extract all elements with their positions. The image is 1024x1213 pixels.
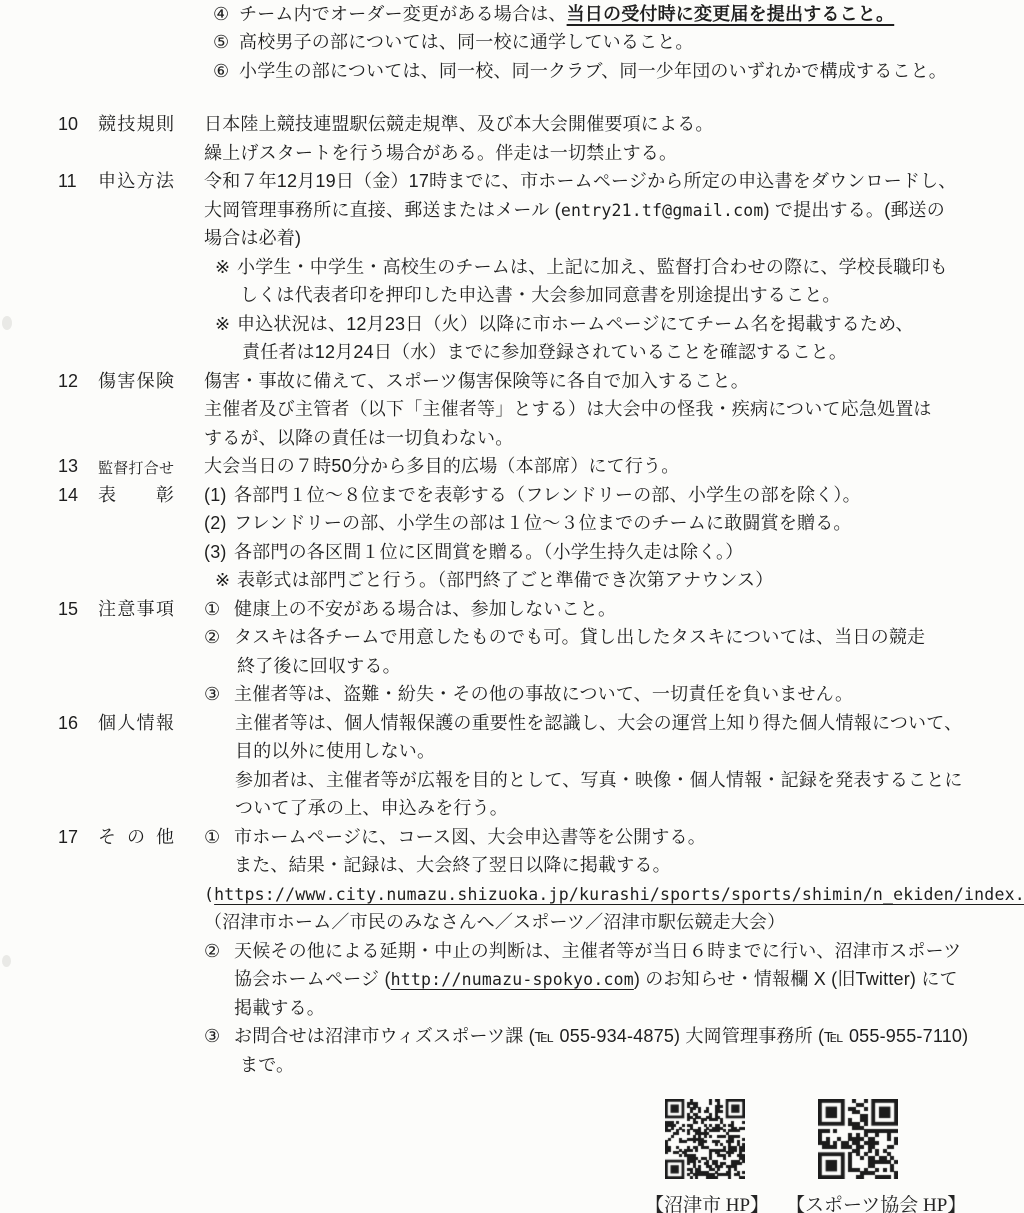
section-17-item2-cont: 協会ホームページ (http://numazu-spokyo.com) のお知ら…	[234, 968, 958, 991]
circled-4-marker: ④	[213, 3, 239, 26]
section-17-item2b-pre: 協会ホームページ (	[234, 969, 391, 989]
sports-association-url: http://numazu-spokyo.com	[391, 970, 634, 989]
section-17-item2-cont2: 掲載する。	[234, 997, 325, 1020]
circled-5-marker: ⑤	[213, 31, 239, 54]
qr-label-sports-association: 【スポーツ協会 HP】	[786, 1190, 936, 1213]
section-15-item1: ①健康上の不安がある場合は、参加しないこと。	[204, 598, 616, 621]
section-11-number: 11	[58, 170, 77, 193]
section-15-item3: ③主催者等は、盗難・紛失・その他の事故について、一切責任を負いません。	[204, 683, 853, 706]
section-17-item2: ②天候その他による延期・中止の判断は、主催者等が当日６時までに行い、沼津市スポー…	[204, 940, 961, 963]
circled-2-marker: ②	[204, 940, 234, 963]
section-16-line1: 主催者等は、個人情報保護の重要性を認識し、大会の運営上知り得た個人情報について、	[235, 712, 962, 735]
section-17-number: 17	[58, 826, 78, 849]
section-16-number: 16	[58, 712, 78, 735]
section-14-note-text: 表彰式は部門ごと行う。（部門終了ごと準備でき次第アナウンス）	[237, 570, 773, 590]
circled-1-marker: ①	[204, 598, 234, 621]
city-hp-url: https://www.city.numazu.shizuoka.jp/kura…	[214, 885, 1024, 904]
section-14-item1-text: 各部門１位～８位までを表彰する（フレンドリーの部、小学生の部を除く）。	[234, 485, 861, 505]
section-11-note1-text: 小学生・中学生・高校生のチームは、上記に加え、監督打合わせの際に、学校長職印も	[237, 257, 948, 277]
section-16-line4: ついて了承の上、申込みを行う。	[235, 797, 508, 820]
section-14-item3-text: 各部門の各区間１位に区間賞を贈る。（小学生持久走は除く。）	[234, 542, 743, 562]
section-15-item2: ②タスキは各チームで用意したものでも可。貸し出したタスキについては、当日の競走	[204, 626, 925, 649]
section-14-item2-text: フレンドリーの部、小学生の部は１位～３位までのチームに敢闘賞を贈る。	[234, 513, 852, 533]
section-11-note1-cont: しくは代表者印を押印した申込書・大会参加同意書を別途提出すること。	[240, 284, 841, 307]
section-15-title: 注意事項	[98, 598, 174, 621]
section-17-item2-text: 天候その他による延期・中止の判断は、主催者等が当日６時までに行い、沼津市スポーツ	[234, 941, 961, 961]
section-17-item3-cont: まで。	[240, 1054, 294, 1077]
section-11-note2-text: 申込状況は、12月23日（火）以降に市ホームページにてチーム名を掲載するため、	[237, 314, 914, 334]
section-10-number: 10	[58, 113, 78, 136]
paren-open: (	[204, 885, 214, 904]
intro-item-4-emphasis: 当日の受付時に変更届を提出すること。	[567, 4, 895, 24]
section-17-title: その他	[98, 826, 174, 849]
note-marker: ※	[215, 313, 237, 336]
section-17-item1: ①市ホームページに、コース図、大会申込書等を公開する。	[204, 826, 706, 849]
section-17-item3: ③お問合せは沼津市ウィズスポーツ課 (℡ 055-934-4875) 大岡管理事…	[204, 1025, 968, 1048]
section-12-title: 傷害保険	[98, 370, 174, 393]
section-11-line1: 令和７年12月19日（金）17時までに、市ホームページから所定の申込書をダウンロ…	[204, 170, 957, 193]
section-14-title: 表彰	[98, 484, 174, 507]
scanned-document-page: ④チーム内でオーダー変更がある場合は、当日の受付時に変更届を提出すること。 ⑤高…	[0, 0, 1024, 1213]
circled-6-marker: ⑥	[213, 60, 239, 83]
scan-artifact	[2, 955, 11, 967]
section-11-line2: 大岡管理事務所に直接、郵送またはメール (entry21.tf@gmail.co…	[204, 199, 945, 222]
circled-2-marker: ②	[204, 626, 234, 649]
section-10-title: 競技規則	[98, 113, 174, 136]
section-15-item2-text: タスキは各チームで用意したものでも可。貸し出したタスキについては、当日の競走	[234, 627, 925, 647]
section-12-line2: 主催者及び主管者（以下「主催者等」とする）は大会中の怪我・疾病について応急処置は	[204, 398, 932, 421]
circled-3-marker: ③	[204, 683, 234, 706]
section-12-number: 12	[58, 370, 78, 393]
qr-code-sports-association	[818, 1099, 898, 1179]
section-11-line2-pre: 大岡管理事務所に直接、郵送またはメール (	[204, 200, 561, 220]
section-14-number: 14	[58, 484, 78, 507]
section-17-item1-text: 市ホームページに、コース図、大会申込書等を公開する。	[234, 827, 706, 847]
paren-3-marker: (3)	[204, 541, 234, 564]
section-12-line3: するが、以降の責任は一切負わない。	[204, 427, 513, 450]
section-10-line2: 繰上げスタートを行う場合がある。伴走は一切禁止する。	[204, 142, 677, 165]
section-17-sitepath: （沼津市ホーム／市民のみなさんへ／スポーツ／沼津市駅伝競走大会）	[204, 911, 785, 934]
intro-item-6-text: 小学生の部については、同一校、同一クラブ、同一少年団のいずれかで構成すること。	[239, 61, 947, 81]
section-10-line1: 日本陸上競技連盟駅伝競走規準、及び本大会開催要項による。	[204, 113, 714, 136]
section-15-item2-cont: 終了後に回収する。	[237, 655, 401, 678]
section-17-item2b-post: ) のお知らせ・情報欄 X (旧Twitter) にて	[634, 969, 958, 989]
intro-item-4-text: チーム内でオーダー変更がある場合は、	[239, 4, 567, 24]
qr-label-numazu-city: 【沼津市 HP】	[645, 1190, 765, 1213]
section-17-item3-text: お問合せは沼津市ウィズスポーツ課 (℡ 055-934-4875) 大岡管理事務…	[234, 1026, 968, 1046]
section-14-item1: (1)各部門１位～８位までを表彰する（フレンドリーの部、小学生の部を除く）。	[204, 484, 861, 507]
section-11-note2-cont: 責任者は12月24日（水）までに参加登録されていることを確認すること。	[242, 341, 847, 364]
paren-1-marker: (1)	[204, 484, 234, 507]
section-15-number: 15	[58, 598, 78, 621]
section-11-note2: ※申込状況は、12月23日（火）以降に市ホームページにてチーム名を掲載するため、	[215, 313, 914, 336]
intro-item-4: ④チーム内でオーダー変更がある場合は、当日の受付時に変更届を提出すること。	[213, 3, 894, 26]
section-15-item1-text: 健康上の不安がある場合は、参加しないこと。	[234, 599, 616, 619]
section-11-note1: ※小学生・中学生・高校生のチームは、上記に加え、監督打合わせの際に、学校長職印も	[215, 256, 948, 279]
email-address: entry21.tf@gmail.com	[561, 201, 764, 220]
section-17-item1-cont: また、結果・記録は、大会終了翌日以降に掲載する。	[234, 854, 671, 877]
scan-artifact	[2, 316, 12, 330]
circled-1-marker: ①	[204, 826, 234, 849]
section-11-title: 申込方法	[98, 170, 174, 193]
intro-item-5-text: 高校男子の部については、同一校に通学していること。	[239, 32, 694, 52]
section-16-title: 個人情報	[98, 712, 174, 735]
paren-2-marker: (2)	[204, 512, 234, 535]
section-14-item2: (2)フレンドリーの部、小学生の部は１位～３位までのチームに敢闘賞を贈る。	[204, 512, 852, 535]
section-15-item3-text: 主催者等は、盗難・紛失・その他の事故について、一切責任を負いません。	[234, 684, 853, 704]
section-11-line3: 場合は必着)	[204, 227, 301, 250]
section-13-title: 監督打合せ	[98, 455, 174, 480]
intro-item-6: ⑥小学生の部については、同一校、同一クラブ、同一少年団のいずれかで構成すること。	[213, 60, 947, 83]
intro-item-5: ⑤高校男子の部については、同一校に通学していること。	[213, 31, 694, 54]
note-marker: ※	[215, 569, 237, 592]
section-16-line2: 目的以外に使用しない。	[235, 740, 435, 763]
note-marker: ※	[215, 256, 237, 279]
section-16-line3: 参加者は、主催者等が広報を目的として、写真・映像・個人情報・記録を発表することに	[235, 769, 963, 792]
section-11-line2-post: ) で提出する。(郵送の	[764, 200, 945, 220]
qr-code-numazu-city	[665, 1099, 745, 1179]
section-14-item3: (3)各部門の各区間１位に区間賞を贈る。（小学生持久走は除く。）	[204, 541, 743, 564]
section-12-line1: 傷害・事故に備えて、スポーツ傷害保険等に各自で加入すること。	[204, 370, 749, 393]
section-17-url-line: (https://www.city.numazu.shizuoka.jp/kur…	[204, 883, 1024, 906]
circled-3-marker: ③	[204, 1025, 234, 1048]
section-13-number: 13	[58, 455, 78, 478]
section-14-note: ※表彰式は部門ごと行う。（部門終了ごと準備でき次第アナウンス）	[215, 569, 773, 592]
section-13-line1: 大会当日の７時50分から多目的広場（本部席）にて行う。	[204, 455, 679, 478]
